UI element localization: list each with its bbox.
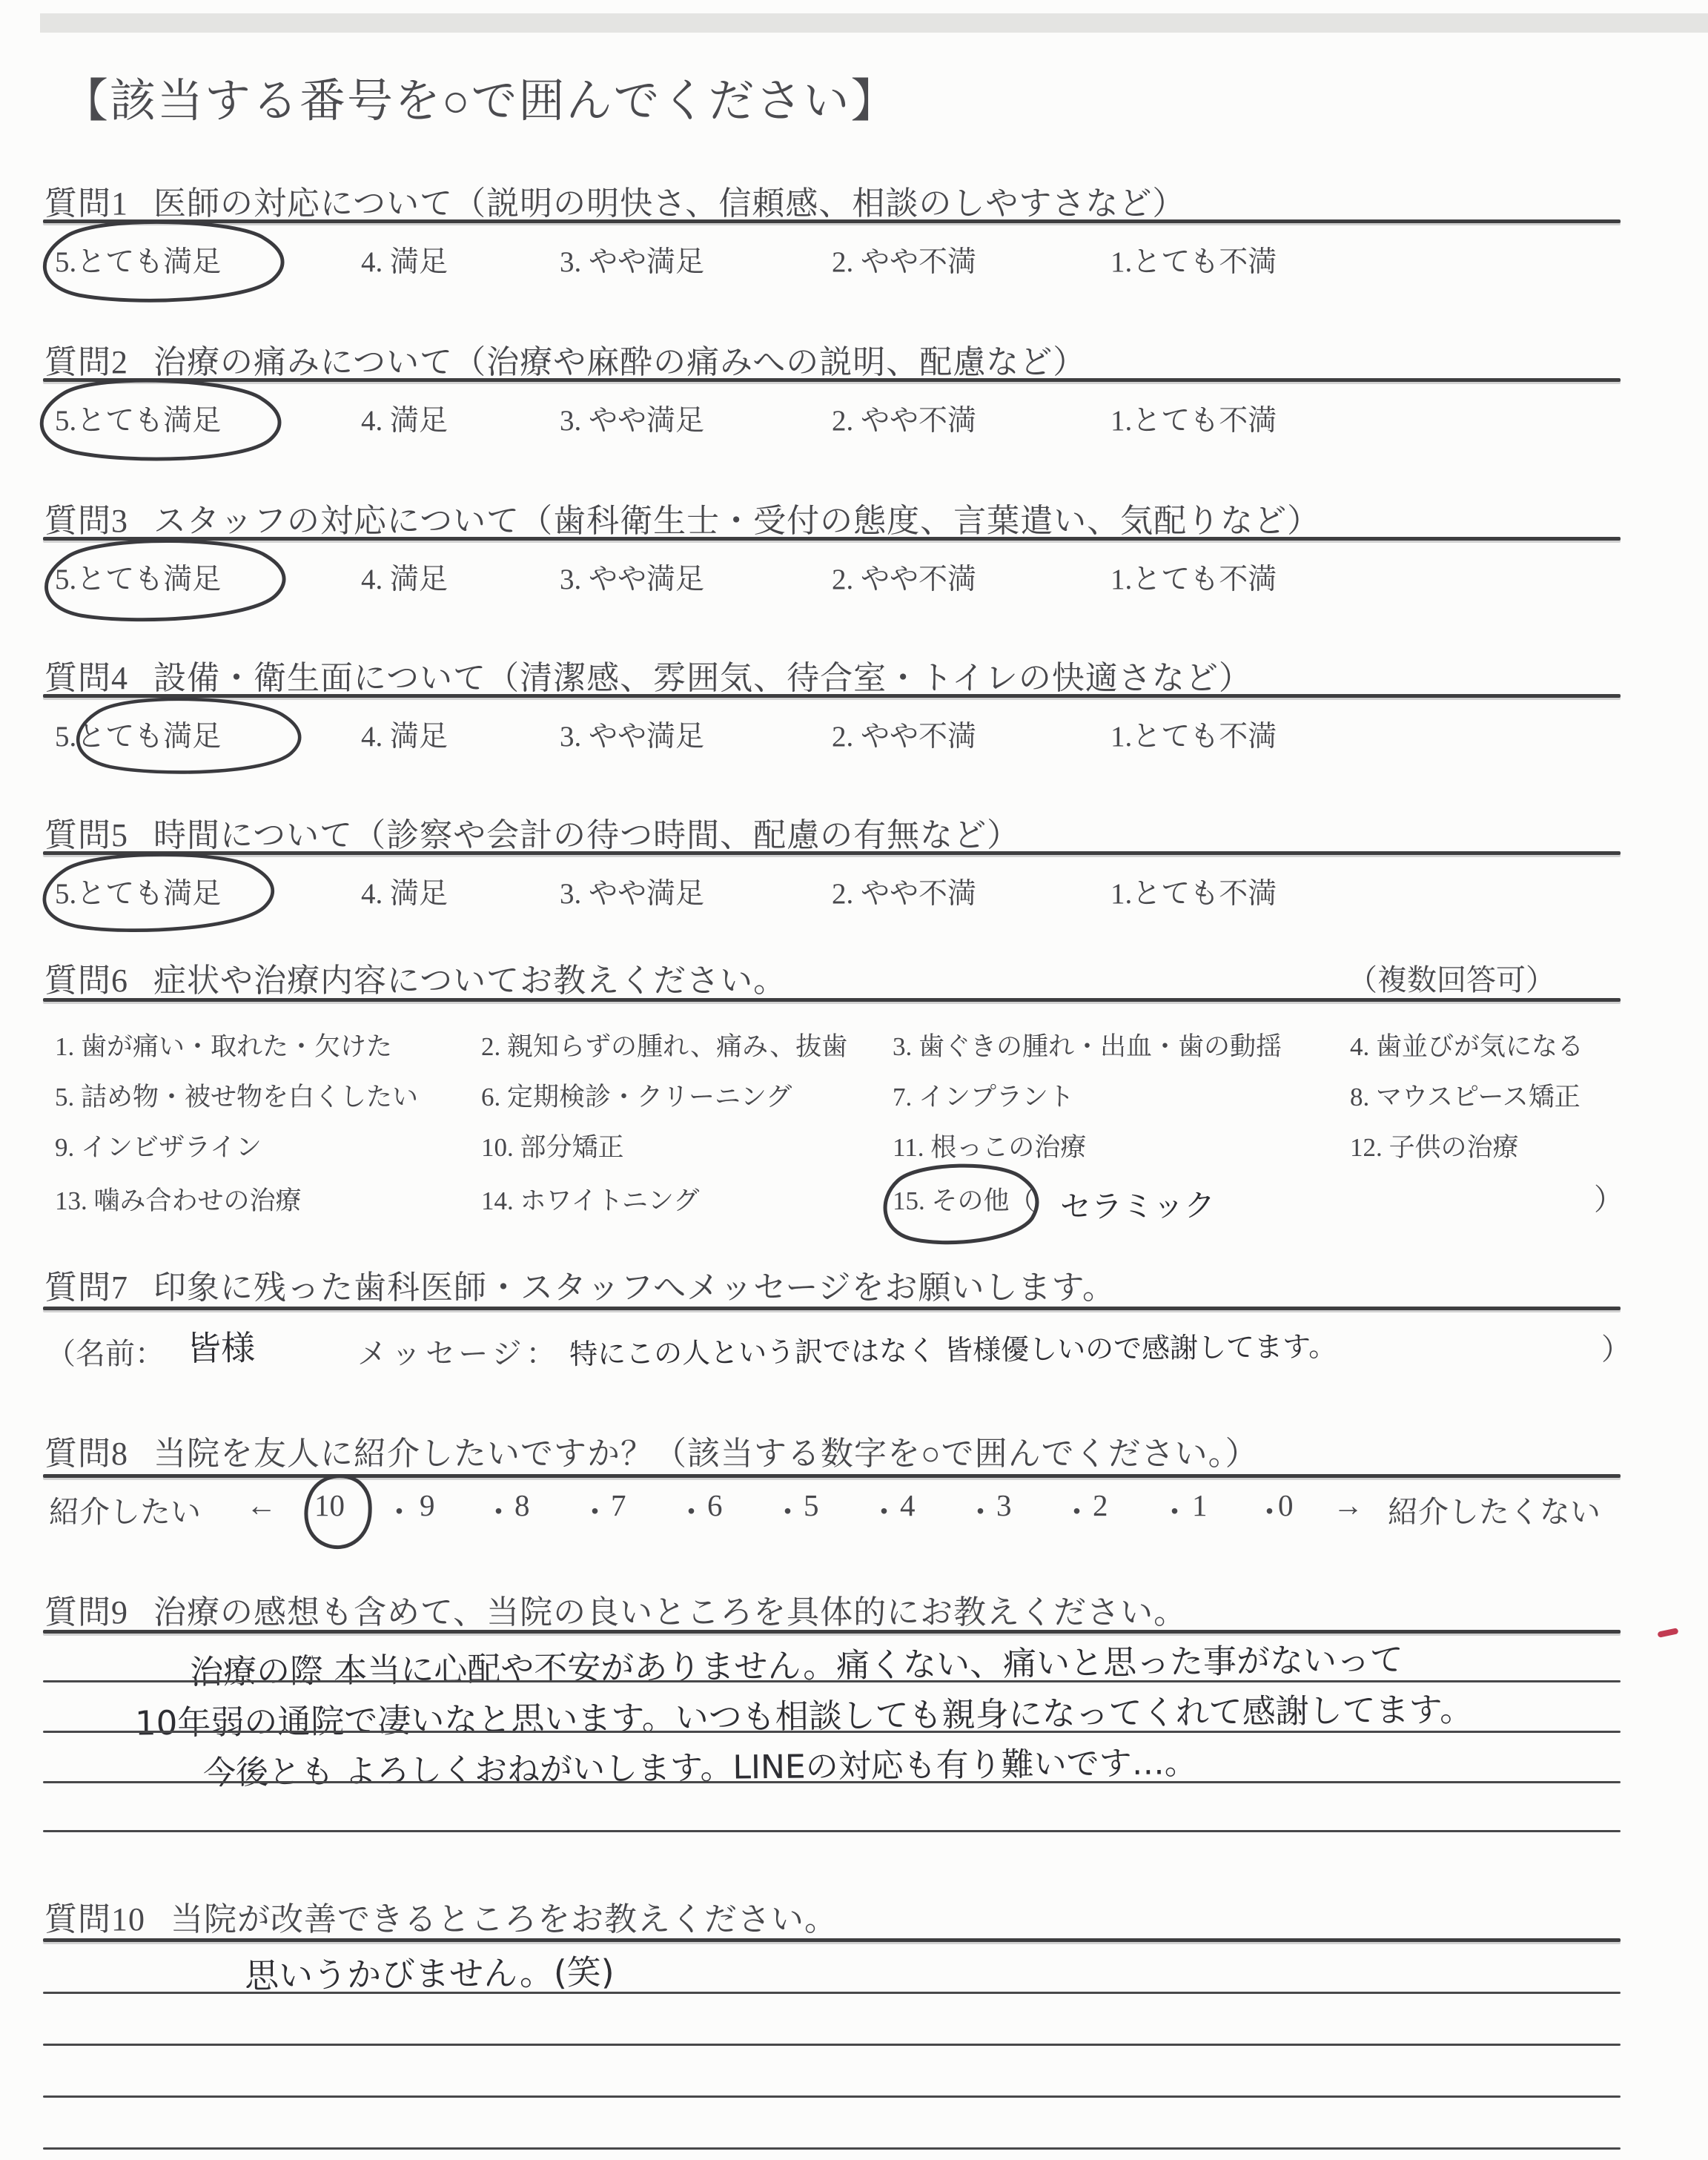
question-4-text: 設備・衛生面について（清潔感、雰囲気、待合室・トイレの快適さなど） — [153, 660, 1252, 696]
question-9-number: 質問9 — [44, 1594, 128, 1631]
q4-option-3: 3. やや満足 — [560, 713, 704, 755]
answer-line-rule — [43, 1731, 1621, 1733]
section-rule — [43, 537, 1621, 541]
q8-dot: ・ — [483, 1487, 514, 1531]
answer-line-rule — [43, 2095, 1621, 2098]
q8-number-6: 6 — [707, 1487, 723, 1523]
answer-line-rule — [43, 1680, 1621, 1682]
q3-option-3: 3. やや満足 — [560, 556, 704, 598]
q8-dot: ・ — [1062, 1487, 1092, 1531]
question-5-number: 質問5 — [44, 817, 128, 853]
scan-artifact-band — [40, 13, 1708, 33]
q1-option-2: 2. やや不満 — [832, 239, 976, 280]
q8-number-3: 3 — [996, 1487, 1012, 1523]
q6-other-handwritten-value: セラミック — [1060, 1181, 1216, 1227]
question-2-title: 質問2治療の痛みについて（治療や麻酔の痛みへの説明、配慮など） — [44, 335, 1086, 383]
q8-left-arrow-icon: ← — [246, 1487, 277, 1523]
q7-message-label: メッセージ： — [357, 1330, 560, 1373]
q6-item-6: 6. 定期検診・クリーニング — [481, 1077, 792, 1114]
question-10-title: 質問10当院が改善できるところをお教えください。 — [44, 1892, 838, 1940]
section-rule — [43, 851, 1621, 855]
red-scan-mark — [1657, 1628, 1678, 1638]
q8-number-2: 2 — [1093, 1487, 1108, 1523]
q8-dot: ・ — [676, 1487, 706, 1531]
q1-option-4: 4. 満足 — [361, 239, 448, 280]
q2-option-3: 3. やや満足 — [560, 397, 704, 439]
section-rule — [43, 998, 1621, 1002]
q8-right-arrow-icon: → — [1333, 1487, 1363, 1523]
q2-option-1: 1.とても不満 — [1110, 397, 1277, 439]
q1-option-1: 1.とても不満 — [1110, 239, 1277, 280]
q3-option-2: 2. やや不満 — [832, 556, 976, 598]
q5-option-4: 4. 満足 — [361, 871, 448, 912]
answer-line-rule — [43, 2044, 1621, 2046]
q6-item-15: 15. その他（ — [893, 1180, 1036, 1218]
q6-close-paren: ） — [1594, 1176, 1623, 1218]
q5-option-2: 2. やや不満 — [832, 871, 976, 912]
q3-option-1: 1.とても不満 — [1110, 556, 1277, 598]
section-rule — [43, 1938, 1621, 1942]
q2-option-2: 2. やや不満 — [832, 397, 976, 439]
question-5-title: 質問5時間について（診察や会計の待つ時間、配慮の有無など） — [44, 808, 1020, 856]
q6-item-12: 12. 子供の治療 — [1350, 1127, 1519, 1164]
section-rule — [43, 219, 1621, 223]
q9-answer-line-3: 今後とも よろしくおねがいします。LINEの対応も有り難いです…。 — [203, 1736, 1197, 1794]
q3-option-5: 5.とても満足 — [55, 556, 221, 598]
q4-option-1: 1.とても不満 — [1110, 713, 1277, 755]
question-6-title: 質問6症状や治療内容についてお教えください。 — [44, 954, 787, 1001]
q6-item-1: 1. 歯が痛い・取れた・欠けた — [55, 1026, 392, 1063]
survey-page: 【該当する番号を○で囲んでください】 質問1医師の対応について（説明の明快さ、信… — [0, 0, 1708, 2160]
q7-name-handwritten-value: 皆様 — [187, 1321, 256, 1371]
q8-dot: ・ — [869, 1487, 899, 1531]
q8-dot: ・ — [384, 1487, 414, 1531]
q8-number-4: 4 — [900, 1487, 916, 1523]
q6-item-2: 2. 親知らずの腫れ、痛み、抜歯 — [481, 1026, 847, 1063]
question-6-note: （複数回答可） — [1348, 957, 1555, 999]
question-6-number: 質問6 — [44, 962, 128, 999]
section-rule — [43, 1307, 1621, 1310]
question-9-text: 治療の感想も含めて、当院の良いところを具体的にお教えください。 — [153, 1594, 1187, 1631]
q8-dot: ・ — [1159, 1487, 1190, 1531]
question-4-number: 質問4 — [44, 660, 128, 696]
answer-line-rule — [43, 1830, 1621, 1832]
q1-option-3: 3. やや満足 — [560, 239, 704, 280]
q6-item-4: 4. 歯並びが気になる — [1350, 1026, 1583, 1063]
q4-option-2: 2. やや不満 — [832, 713, 976, 755]
q8-dot: ・ — [772, 1487, 803, 1531]
q8-left-label: 紹介したい — [49, 1487, 201, 1531]
question-7-title: 質問7印象に残った歯科医師・スタッフへメッセージをお願いします。 — [44, 1261, 1116, 1308]
question-7-number: 質問7 — [44, 1269, 128, 1306]
question-9-title: 質問9治療の感想も含めて、当院の良いところを具体的にお教えください。 — [44, 1585, 1187, 1633]
q7-message-handwritten-value: 特にこの人という訳ではなく 皆様優しいので感謝してます。 — [569, 1324, 1337, 1373]
q5-option-5: 5.とても満足 — [55, 871, 221, 912]
q5-option-1: 1.とても不満 — [1110, 871, 1277, 912]
q4-option-5: 5.とても満足 — [55, 713, 221, 755]
question-3-title: 質問3スタッフの対応について（歯科衛生士・受付の態度、言葉遣い、気配りなど） — [44, 494, 1320, 541]
q8-number-8: 8 — [514, 1487, 530, 1523]
q8-number-7: 7 — [611, 1487, 626, 1523]
q10-answer-handwritten: 思いうかびません。(笑) — [245, 1945, 615, 1998]
question-3-number: 質問3 — [44, 503, 128, 539]
question-10-number: 質問10 — [44, 1901, 145, 1938]
section-rule — [43, 378, 1621, 382]
question-7-text: 印象に残った歯科医師・スタッフへメッセージをお願いします。 — [153, 1269, 1116, 1306]
question-2-number: 質問2 — [44, 344, 128, 380]
q6-item-11: 11. 根っこの治療 — [893, 1127, 1086, 1164]
section-rule — [43, 694, 1621, 698]
q6-item-8: 8. マウスピース矯正 — [1350, 1077, 1580, 1114]
q4-option-4: 4. 満足 — [361, 713, 448, 755]
answer-line-rule — [43, 1781, 1621, 1783]
q6-item-5: 5. 詰め物・被せ物を白くしたい — [55, 1077, 418, 1114]
q3-option-4: 4. 満足 — [361, 556, 448, 598]
q6-item-10: 10. 部分矯正 — [481, 1127, 624, 1164]
q8-number-1: 1 — [1192, 1487, 1208, 1523]
question-1-text: 医師の対応について（説明の明快さ、信頼感、相談のしやすさなど） — [153, 185, 1185, 222]
question-1-number: 質問1 — [44, 185, 128, 222]
question-6-text: 症状や治療内容についてお教えください。 — [153, 962, 787, 999]
q6-item-13: 13. 噛み合わせの治療 — [55, 1180, 302, 1218]
q7-name-label: （名前： — [46, 1330, 165, 1373]
question-5-text: 時間について（診察や会計の待つ時間、配慮の有無など） — [153, 817, 1020, 853]
q2-option-4: 4. 満足 — [361, 397, 448, 439]
answer-line-rule — [43, 1992, 1621, 1994]
q6-item-3: 3. 歯ぐきの腫れ・出血・歯の動揺 — [893, 1026, 1282, 1063]
answer-line-rule — [43, 2147, 1621, 2150]
question-4-title: 質問4設備・衛生面について（清潔感、雰囲気、待合室・トイレの快適さなど） — [44, 651, 1252, 698]
q8-dot: ・ — [580, 1487, 610, 1531]
question-3-text: スタッフの対応について（歯科衛生士・受付の態度、言葉遣い、気配りなど） — [153, 503, 1320, 539]
q6-item-7: 7. インプラント — [893, 1077, 1074, 1114]
question-8-title: 質問8当院を友人に紹介したいですか？（該当する数字を○で囲んでください。） — [44, 1427, 1259, 1474]
q5-option-3: 3. やや満足 — [560, 871, 704, 912]
question-1-title: 質問1医師の対応について（説明の明快さ、信頼感、相談のしやすさなど） — [44, 176, 1185, 224]
question-8-text: 当院を友人に紹介したいですか？（該当する数字を○で囲んでください。） — [153, 1436, 1259, 1472]
question-2-text: 治療の痛みについて（治療や麻酔の痛みへの説明、配慮など） — [153, 344, 1086, 380]
q8-number-10: 10 — [314, 1487, 345, 1523]
q1-option-5: 5.とても満足 — [55, 239, 221, 280]
q6-item-9: 9. インビザライン — [55, 1127, 262, 1164]
q8-number-0: 0 — [1278, 1487, 1294, 1523]
question-8-number: 質問8 — [44, 1436, 128, 1472]
q8-dot: ・ — [965, 1487, 996, 1531]
question-10-text: 当院が改善できるところをお教えください。 — [171, 1901, 838, 1938]
q6-item-14: 14. ホワイトニング — [481, 1180, 699, 1218]
q8-right-label: 紹介したくない — [1388, 1487, 1601, 1531]
q8-number-9: 9 — [420, 1487, 435, 1523]
section-rule — [43, 1474, 1621, 1478]
form-title: 【該当する番号を○で囲んでください】 — [62, 64, 898, 130]
q2-option-5: 5.とても満足 — [55, 397, 221, 439]
q7-close-paren: ） — [1601, 1326, 1631, 1368]
q8-number-5: 5 — [804, 1487, 819, 1523]
